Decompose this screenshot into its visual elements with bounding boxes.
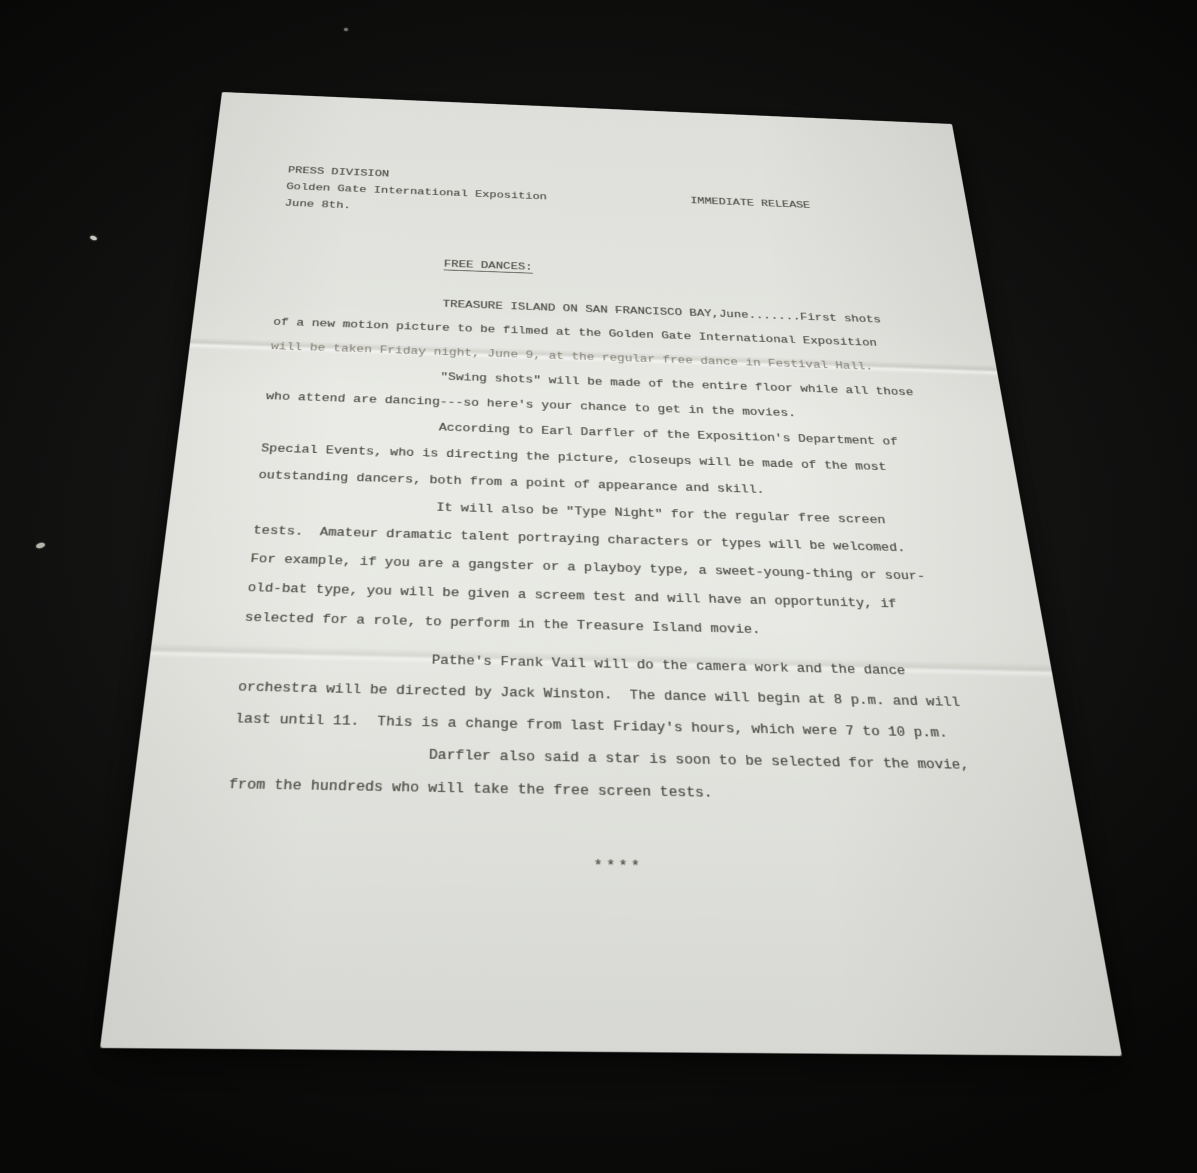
- photo-scene: PRESS DIVISION Golden Gate International…: [0, 0, 1197, 1173]
- end-marks: ****: [220, 848, 1050, 887]
- press-release-document: PRESS DIVISION Golden Gate International…: [100, 92, 1122, 1056]
- document-body: TREASURE ISLAND ON SAN FRANCISCO BAY,Jun…: [227, 287, 1038, 816]
- document-title: FREE DANCES:: [444, 256, 533, 277]
- document-header: PRESS DIVISION Golden Gate International…: [284, 162, 940, 238]
- dust-speck: [36, 542, 46, 549]
- document-content: PRESS DIVISION Golden Gate International…: [100, 92, 1122, 1056]
- dust-speck: [344, 28, 348, 31]
- dust-speck: [90, 235, 98, 241]
